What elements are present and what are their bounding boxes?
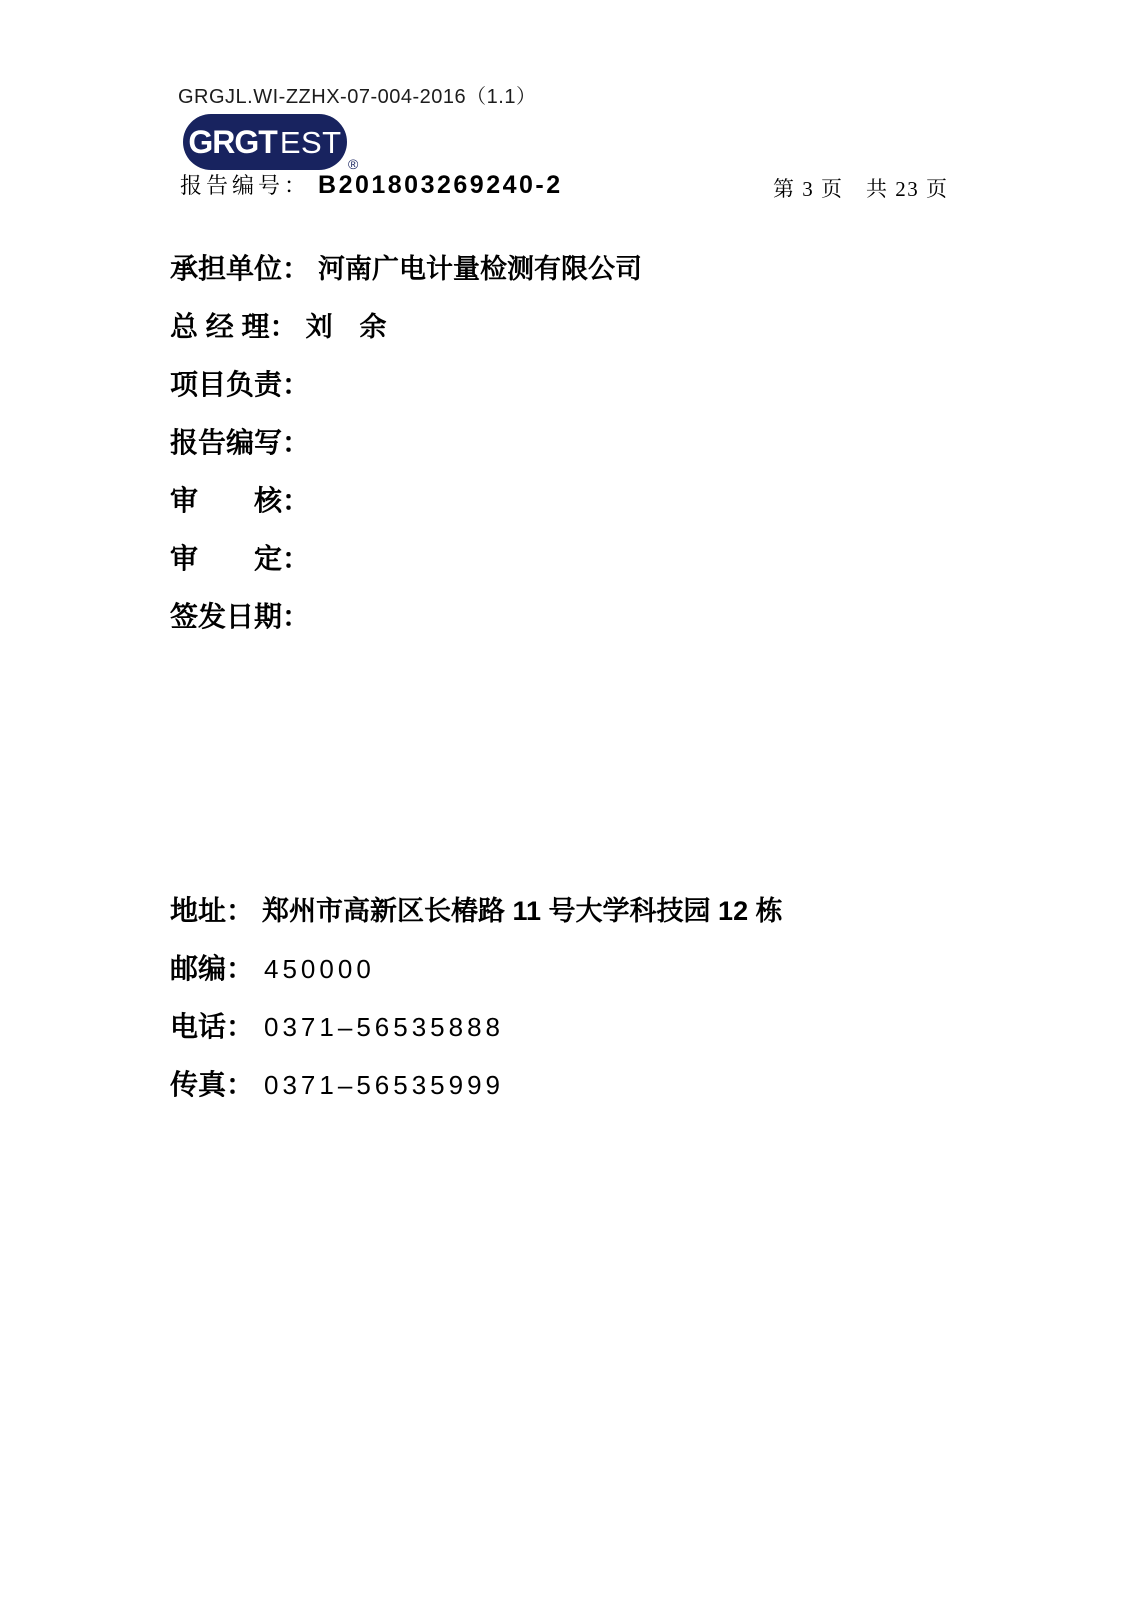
signature-row-undertaking-unit: 承担单位： 河南广电计量检测有限公司 xyxy=(170,240,642,298)
signature-row-approver: 审 定： xyxy=(170,530,642,588)
row-value: 0371–56535888 xyxy=(264,998,504,1056)
row-label: 地址： xyxy=(170,882,254,940)
signature-row-reviewer: 审 核： xyxy=(170,472,642,530)
row-value: 450000 xyxy=(264,940,375,998)
report-number-label: 报告编号： xyxy=(180,173,310,199)
contact-row-postcode: 邮编： 450000 xyxy=(170,940,783,998)
signature-block: 承担单位： 河南广电计量检测有限公司 总 经 理： 刘 余 项目负责： 报告编写… xyxy=(170,240,642,646)
row-label: 审 核： xyxy=(170,472,310,530)
row-value: 郑州市高新区长椿路 11 号大学科技园 12 栋 xyxy=(262,882,783,940)
registered-trademark-icon: ® xyxy=(348,157,358,171)
logo-text-bold: GRGT xyxy=(188,126,276,158)
row-label: 报告编写： xyxy=(170,414,310,472)
report-number-value: B201803269240-2 xyxy=(318,172,563,200)
logo-text-light: EST xyxy=(280,127,342,158)
contact-block: 地址： 郑州市高新区长椿路 11 号大学科技园 12 栋 邮编： 450000 … xyxy=(170,882,783,1114)
grgtest-logo: GRGT EST xyxy=(183,114,347,170)
contact-row-phone: 电话： 0371–56535888 xyxy=(170,998,783,1056)
page-number-info: 第 3 页 共 23 页 xyxy=(773,177,949,202)
row-label: 签发日期： xyxy=(170,588,310,646)
report-page: GRGJL.WI-ZZHX-07-004-2016（1.1） GRGT EST … xyxy=(0,0,1131,1600)
contact-row-fax: 传真： 0371–56535999 xyxy=(170,1056,783,1114)
signature-row-report-writer: 报告编写： xyxy=(170,414,642,472)
document-code: GRGJL.WI-ZZHX-07-004-2016（1.1） xyxy=(178,86,536,108)
row-label: 邮编： xyxy=(170,940,254,998)
row-label: 电话： xyxy=(170,998,254,1056)
signature-row-issue-date: 签发日期： xyxy=(170,588,642,646)
row-label: 总 经 理： xyxy=(170,298,298,356)
report-number-row: 报告编号： B201803269240-2 xyxy=(180,172,563,200)
signature-row-project-lead: 项目负责： xyxy=(170,356,642,414)
row-label: 传真： xyxy=(170,1056,254,1114)
row-label: 项目负责： xyxy=(170,356,310,414)
contact-row-address: 地址： 郑州市高新区长椿路 11 号大学科技园 12 栋 xyxy=(170,882,783,940)
row-value: 河南广电计量检测有限公司 xyxy=(318,240,642,298)
row-value: 0371–56535999 xyxy=(264,1056,504,1114)
row-label: 审 定： xyxy=(170,530,310,588)
row-value: 刘 余 xyxy=(306,298,387,356)
row-label: 承担单位： xyxy=(170,240,310,298)
signature-row-general-manager: 总 经 理： 刘 余 xyxy=(170,298,642,356)
